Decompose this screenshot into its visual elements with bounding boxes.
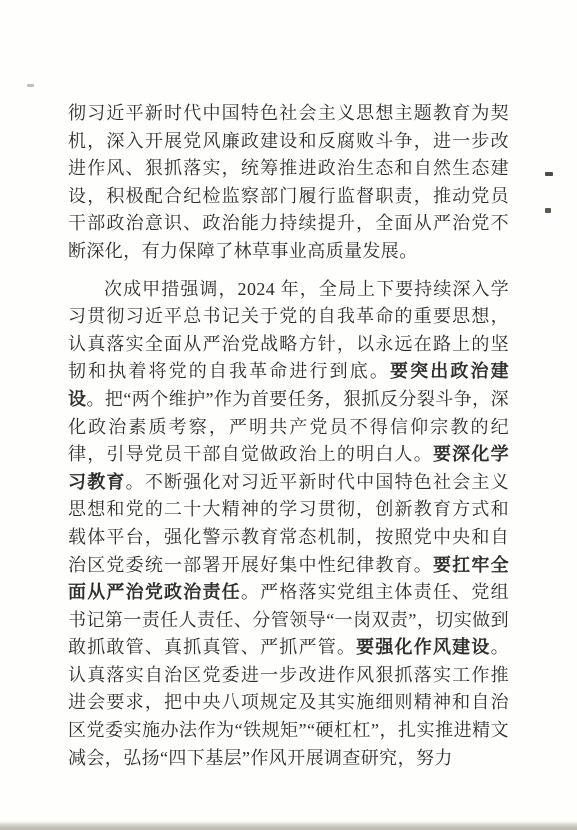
text-run: 彻习近平新时代中国特色社会主义思想主题教育为契机，深入开展党风廉政建设和反腐败斗…: [68, 103, 509, 261]
paragraph: 次成甲措强调，2024 年，全局上下要持续深入学习贯彻习近平总书记关于党的自我革…: [68, 276, 509, 773]
scan-speck: [545, 172, 553, 176]
scan-speck: [545, 208, 551, 213]
document-page: 彻习近平新时代中国特色社会主义思想主题教育为契机，深入开展党风廉政建设和反腐败斗…: [0, 0, 577, 830]
bold-text-run: 要强化作风建设: [356, 637, 490, 657]
document-body: 彻习近平新时代中国特色社会主义思想主题教育为契机，深入开展党风廉政建设和反腐败斗…: [68, 100, 509, 782]
paragraph: 彻习近平新时代中国特色社会主义思想主题教育为契机，深入开展党风廉政建设和反腐败斗…: [68, 100, 509, 266]
page-bottom-edge: [0, 821, 577, 830]
scan-speck: [27, 84, 34, 87]
